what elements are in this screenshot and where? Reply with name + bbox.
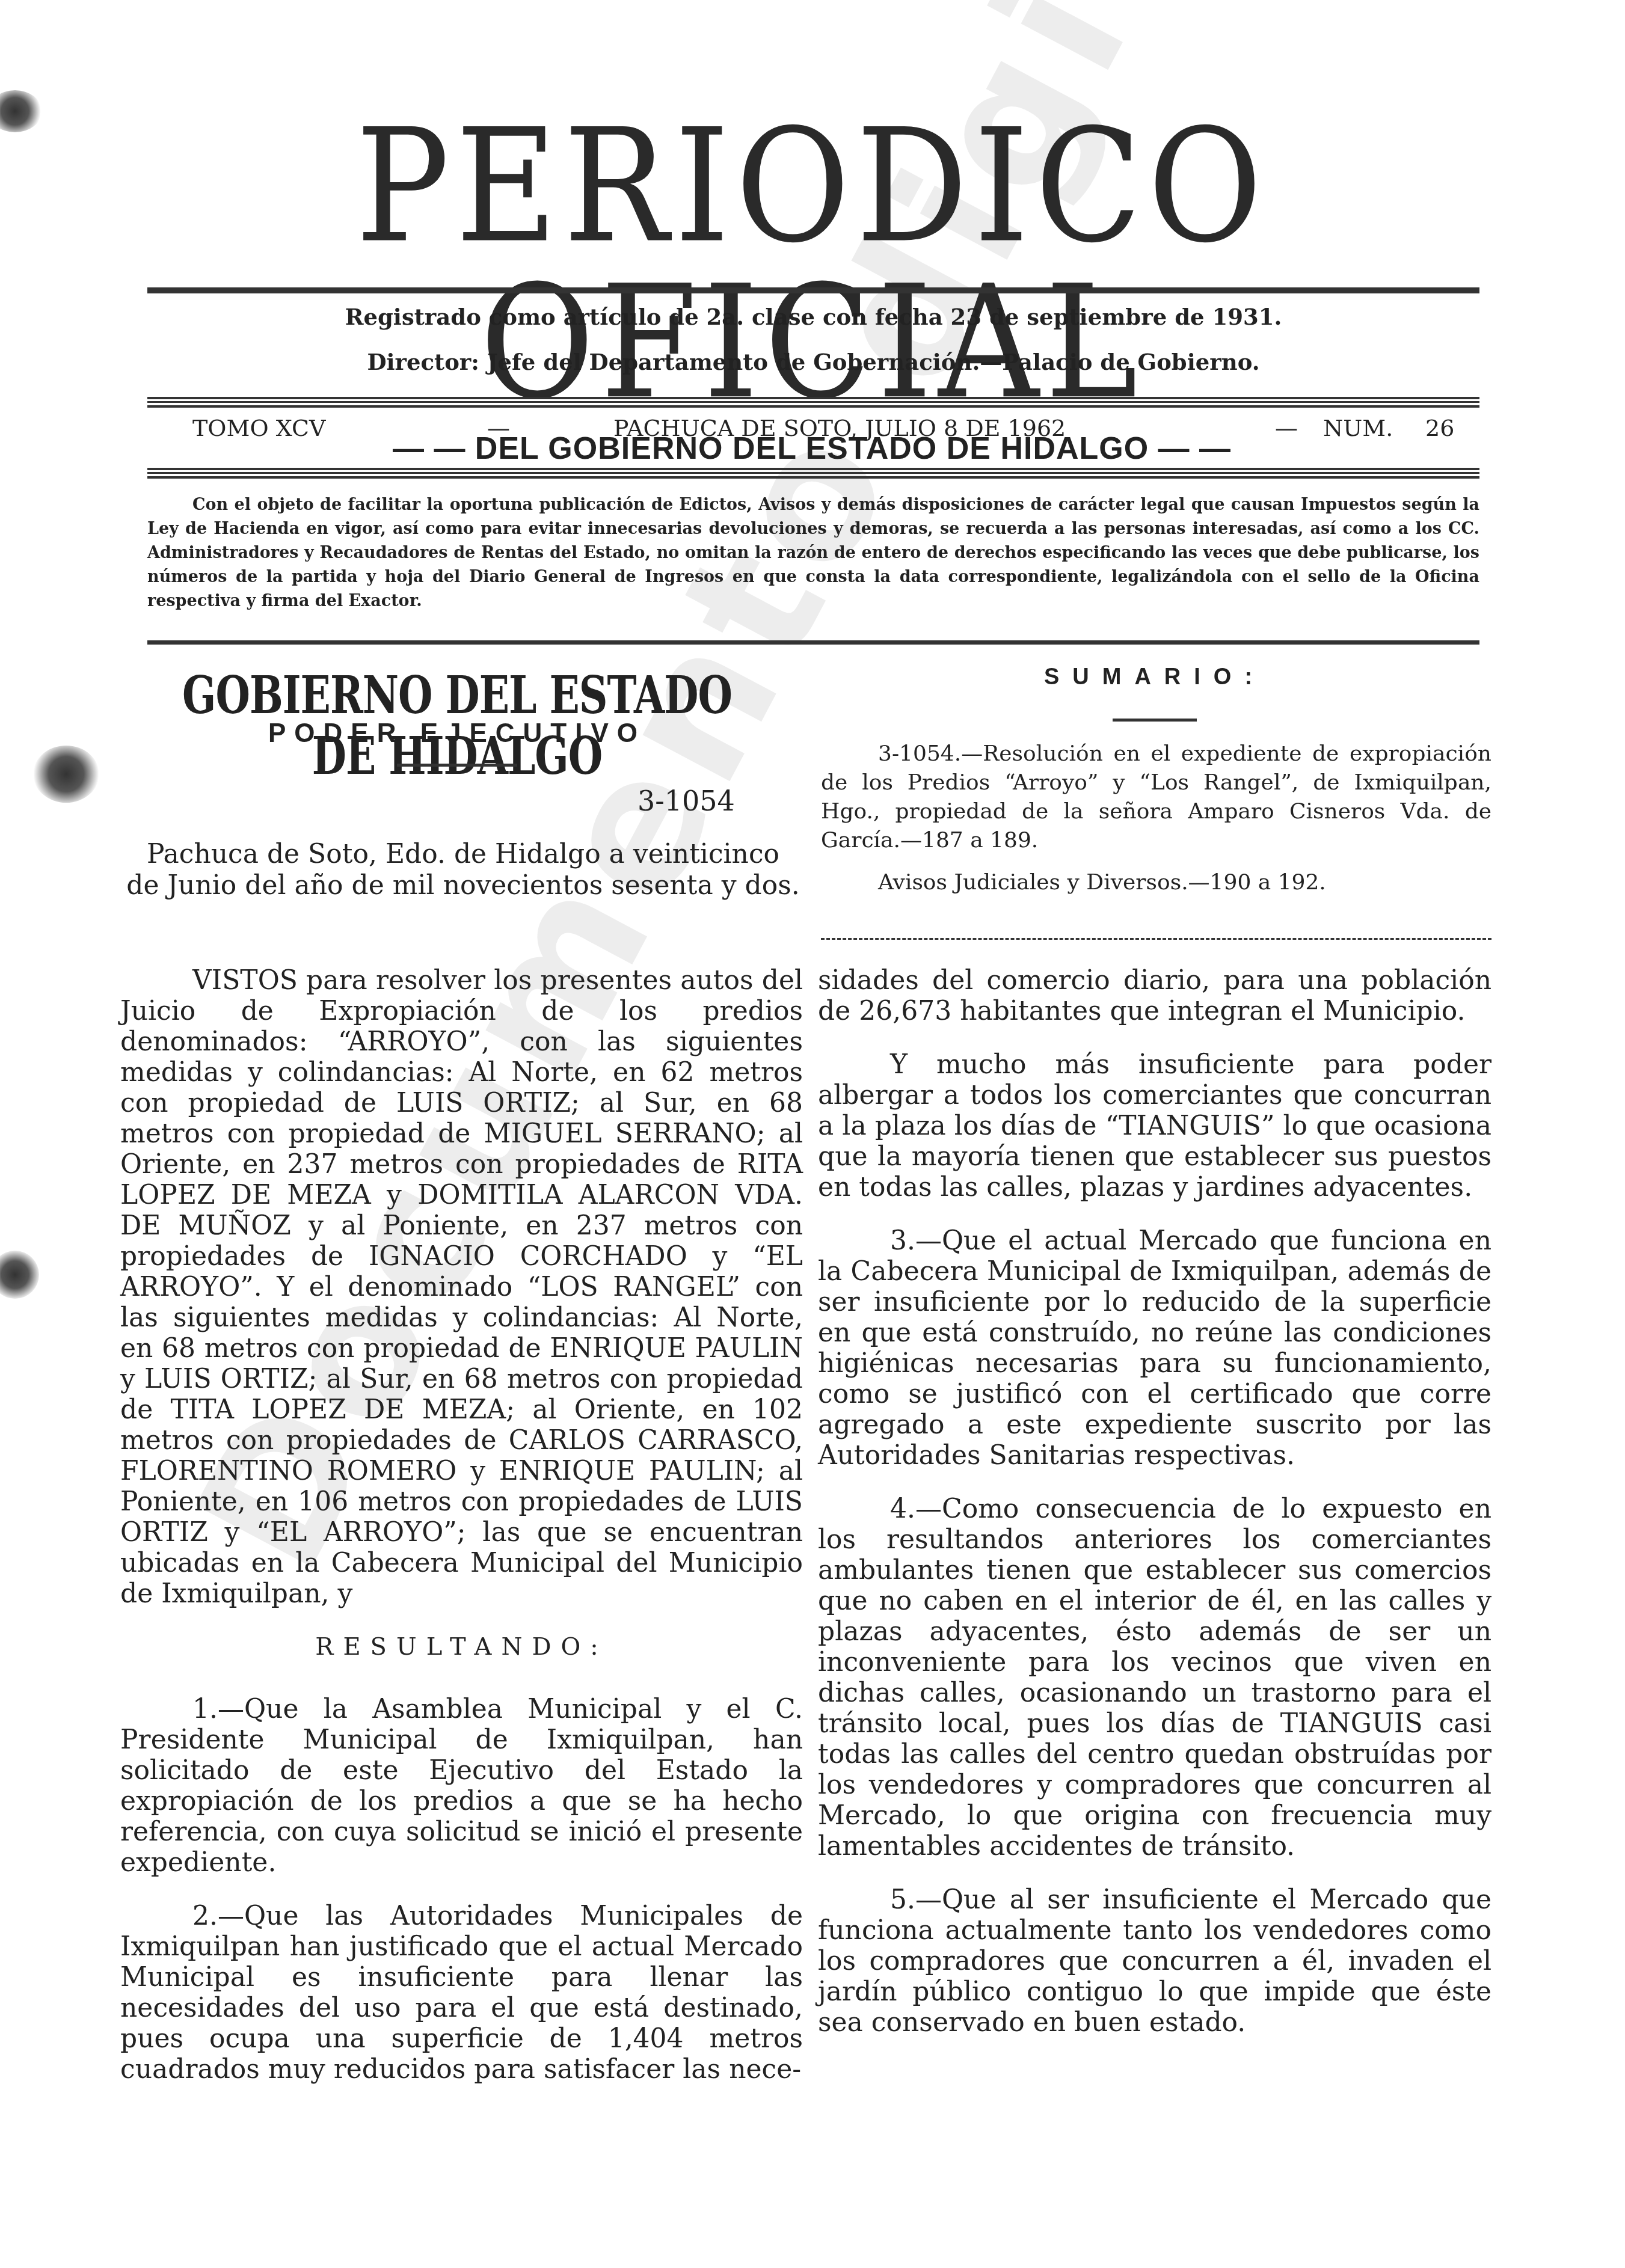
punch-hole-mark [0,90,42,132]
issue-line: TOMO XCV — PACHUCA DE SOTO, JULIO 8 DE 1… [192,415,1461,451]
resultando-heading: RESULTANDO: [120,1632,803,1663]
resultando-item-1: 1.—Que la Asamblea Municipal y el C. Pre… [120,1694,803,1878]
newspaper-page: Documento digitalizado PERIODICO OFICIAL… [0,0,1625,2268]
director-line: Director: Jefe del Departamento de Gober… [147,349,1479,375]
sumario-heading: SUMARIO: [818,664,1491,690]
sumario-item: 3-1054.—Resolución en el expediente de e… [821,740,1491,855]
place-date: PACHUCA DE SOTO, JULIO 8 DE 1962 [613,415,1066,441]
sumario-item: Avisos Judiciales y Diversos.—190 a 192. [821,868,1491,897]
paragraph-tianguis: Y mucho más insuficiente para poder albe… [818,1049,1491,1203]
right-column: sidades del comercio diario, para una po… [818,965,1491,2061]
issue-rule-bottom [147,468,1479,479]
sumario-rule [1113,719,1197,722]
document-number: 3-1054 [637,785,735,817]
continued-paragraph: sidades del comercio diario, para una po… [818,965,1491,1026]
notice-rule [147,640,1479,645]
registration-line: Registrado como artículo de 2a. clase co… [147,304,1479,330]
issue-number-label: NUM. [1323,415,1393,441]
resultando-item-3: 3.—Que el actual Mercado que funciona en… [818,1225,1491,1471]
issue-number: 26 [1425,415,1454,441]
resultando-item-2: 2.—Que las Autoridades Municipales de Ix… [120,1901,803,2085]
vistos-paragraph: VISTOS para resolver los presentes autos… [120,965,803,1609]
masthead-rule [147,287,1479,293]
tomo: TOMO XCV [192,415,326,441]
issue-rule-top [147,397,1479,408]
punch-hole-mark [33,746,99,803]
separator: — [487,415,510,441]
branch-heading: PODER EJECUTIVO [156,719,758,749]
punch-hole-mark [0,1251,39,1299]
sumario-bottom-rule [821,938,1491,942]
heading-rule [397,764,517,767]
dateline: Pachuca de Soto, Edo. de Hidalgo a veint… [126,839,800,901]
publication-notice: Con el objeto de facilitar la oportuna p… [147,493,1479,613]
left-column: VISTOS para resolver los presentes autos… [120,965,803,2107]
resultando-item-5: 5.—Que al ser insuficiente el Mercado qu… [818,1884,1491,2038]
resultando-item-4: 4.—Como consecuencia de lo expuesto en l… [818,1494,1491,1862]
sumario-list: 3-1054.—Resolución en el expediente de e… [821,740,1491,910]
separator: — [1275,415,1298,441]
